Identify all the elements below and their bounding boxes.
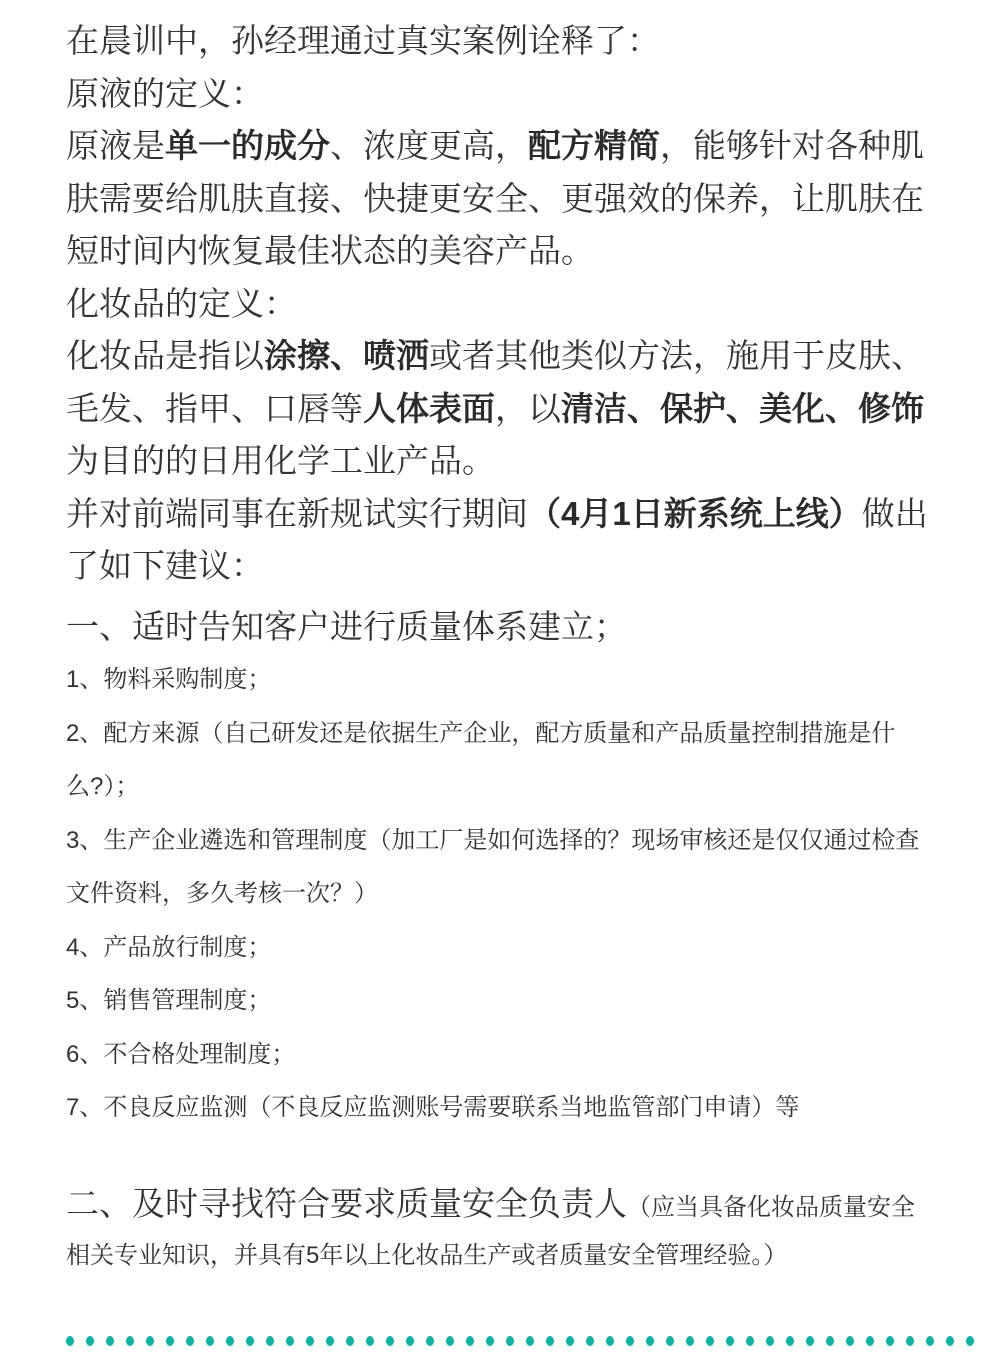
divider-dot <box>906 1336 914 1346</box>
text-segment: 并对前端同事在新规试实行期间 <box>66 495 528 532</box>
divider-dot <box>446 1336 454 1346</box>
section-two-note-line-2: 相关专业知识，并具有5年以上化妆品生产或者质量安全管理经验。） <box>66 1230 940 1283</box>
section-two-heading: 二、及时寻找符合要求质量安全负责人（应当具备化妆品质量安全 <box>66 1178 940 1231</box>
divider-dot <box>966 1336 974 1346</box>
divider-dot <box>606 1336 614 1346</box>
bold-segment: 人体表面 <box>363 390 495 427</box>
bold-segment: （4月1日新系统上线） <box>528 495 862 532</box>
list-item-3-line-1: 3、生产企业遴选和管理制度（加工厂是如何选择的？现场审核还是仅仅通过检查 <box>66 814 940 868</box>
text-segment: 或者其他类似方法，施用于皮肤、 <box>429 337 924 374</box>
divider-dot <box>766 1336 774 1346</box>
yuanye-definition-line-2: 肤需要给肌肤直接、快捷更安全、更强效的保养，让肌肤在 <box>66 173 940 226</box>
divider-dot <box>266 1336 274 1346</box>
list-item-3-line-2: 文件资料，多久考核一次？） <box>66 867 940 921</box>
divider-dot <box>506 1336 514 1346</box>
yuanye-definition-line-3: 短时间内恢复最佳状态的美容产品。 <box>66 225 940 278</box>
divider-dot <box>186 1336 194 1346</box>
text-segment: 毛发、指甲、口唇等 <box>66 390 363 427</box>
text-segment: 做出 <box>862 495 928 532</box>
divider-dot <box>806 1336 814 1346</box>
divider-dot <box>826 1336 834 1346</box>
bold-segment: 配方精简 <box>528 127 660 164</box>
divider-dot <box>566 1336 574 1346</box>
section-one-heading: 一、适时告知客户进行质量体系建立； <box>66 601 940 654</box>
divider-dot <box>886 1336 894 1346</box>
divider-dot <box>286 1336 294 1346</box>
cosmetics-definition-line-3: 为目的的日用化学工业产品。 <box>66 435 940 488</box>
list-item-5: 5、销售管理制度； <box>66 974 940 1028</box>
suggestion-intro-line-2: 了如下建议： <box>66 540 940 593</box>
bold-segment: 单一的成分 <box>165 127 330 164</box>
divider-dot <box>86 1336 94 1346</box>
divider-dot <box>706 1336 714 1346</box>
divider-dot <box>726 1336 734 1346</box>
yuanye-definition-label: 原液的定义： <box>66 68 940 121</box>
divider-dot <box>386 1336 394 1346</box>
divider-dot <box>786 1336 794 1346</box>
divider-dot <box>306 1336 314 1346</box>
divider-dot <box>926 1336 934 1346</box>
text-segment: ，能够针对各种肌 <box>660 127 924 164</box>
divider-dot <box>466 1336 474 1346</box>
text-segment: 、浓度更高， <box>330 127 528 164</box>
section-two: 二、及时寻找符合要求质量安全负责人（应当具备化妆品质量安全 相关专业知识，并具有… <box>66 1178 940 1283</box>
divider-dot <box>546 1336 554 1346</box>
divider-dot <box>626 1336 634 1346</box>
list-item-7: 7、不良反应监测（不良反应监测账号需要联系当地监管部门申请）等 <box>66 1081 940 1135</box>
divider-dot <box>226 1336 234 1346</box>
intro-line-1: 在晨训中，孙经理通过真实案例诠释了： <box>66 15 940 68</box>
article-page: 在晨训中，孙经理通过真实案例诠释了： 原液的定义： 原液是单一的成分、浓度更高，… <box>0 0 1000 1356</box>
list-item-2-line-2: 么?）； <box>66 760 940 814</box>
yuanye-definition-line-1: 原液是单一的成分、浓度更高，配方精简，能够针对各种肌 <box>66 120 940 173</box>
divider-dot <box>486 1336 494 1346</box>
text-segment: 原液是 <box>66 127 165 164</box>
divider-dot <box>586 1336 594 1346</box>
section-two-note-line-1: （应当具备化妆品质量安全 <box>627 1194 915 1221</box>
text-segment: 化妆品是指以 <box>66 337 264 374</box>
divider-dot <box>426 1336 434 1346</box>
list-item-2-line-1: 2、配方来源（自己研发还是依据生产企业，配方质量和产品质量控制措施是什 <box>66 707 940 761</box>
divider-dot <box>66 1336 74 1346</box>
divider-dot <box>406 1336 414 1346</box>
divider-dot <box>846 1336 854 1346</box>
suggestion-intro-line-1: 并对前端同事在新规试实行期间（4月1日新系统上线）做出 <box>66 488 940 541</box>
divider-dot <box>666 1336 674 1346</box>
divider-dot <box>146 1336 154 1346</box>
divider-dot <box>746 1336 754 1346</box>
text-segment: ，以 <box>495 390 561 427</box>
list-item-4: 4、产品放行制度； <box>66 921 940 975</box>
divider-dot <box>526 1336 534 1346</box>
divider-dot <box>126 1336 134 1346</box>
divider-dot <box>326 1336 334 1346</box>
list-item-1: 1、物料采购制度； <box>66 653 940 707</box>
section-two-heading-main: 二、及时寻找符合要求质量安全负责人 <box>66 1185 627 1222</box>
cosmetics-definition-line-2: 毛发、指甲、口唇等人体表面，以清洁、保护、美化、修饰 <box>66 383 940 436</box>
divider-dot <box>646 1336 654 1346</box>
list-item-6: 6、不合格处理制度； <box>66 1028 940 1082</box>
cosmetics-definition-line-1: 化妆品是指以涂擦、喷洒或者其他类似方法，施用于皮肤、 <box>66 330 940 383</box>
divider-dot <box>106 1336 114 1346</box>
bold-segment: 涂擦、喷洒 <box>264 337 429 374</box>
divider-dot <box>246 1336 254 1346</box>
divider-dot <box>206 1336 214 1346</box>
dotted-divider <box>66 1335 940 1347</box>
cosmetics-definition-label: 化妆品的定义： <box>66 278 940 331</box>
divider-dot <box>366 1336 374 1346</box>
divider-dot <box>686 1336 694 1346</box>
divider-dot <box>866 1336 874 1346</box>
bold-segment: 清洁、保护、美化、修饰 <box>561 390 924 427</box>
divider-dot <box>946 1336 954 1346</box>
divider-dot <box>166 1336 174 1346</box>
divider-dot <box>346 1336 354 1346</box>
